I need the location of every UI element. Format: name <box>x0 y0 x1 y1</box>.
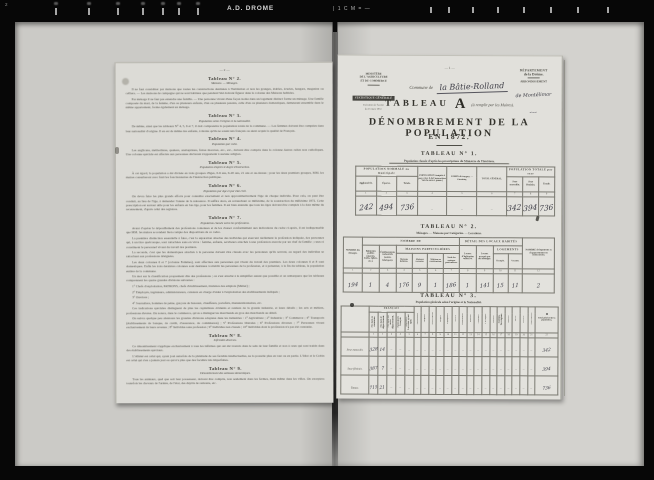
value-cell: – <box>505 337 513 356</box>
microfilm-frame: 2 A.D. DROME | 1 C M = — — 2 — Tableau N… <box>0 0 654 480</box>
handwritten-value: – <box>523 386 525 390</box>
value-cell: – <box>490 337 498 356</box>
column-header-vertical: Anglais. <box>424 314 426 322</box>
column-header-vertical: Grecs. <box>454 315 456 322</box>
value-cell: – <box>467 337 475 356</box>
value-cell: 494 <box>376 196 397 215</box>
ruler-tick <box>430 7 432 13</box>
value-cell: – <box>436 356 444 375</box>
column-header: Suédois, Norvégiens. <box>497 307 505 333</box>
value-cell: 736 <box>539 197 555 216</box>
value-cell: – <box>436 337 444 356</box>
table3: FRANÇAISAllemands.Anglais.Autrichiens.Be… <box>340 306 558 396</box>
handwritten-value: 194 <box>348 282 358 289</box>
left-page-sections: Tableau N° 2.Maisons. — Ménages.Il ne fa… <box>126 75 325 386</box>
section-subtitle: Maisons. — Ménages. <box>126 81 324 86</box>
handwritten-value: 1 <box>434 283 437 290</box>
value-cell: 342 <box>507 197 523 216</box>
handwritten-value: 394 <box>523 202 537 213</box>
handwritten-value: – <box>408 367 410 371</box>
handwritten-value: – <box>477 348 479 352</box>
value-cell: – <box>527 357 535 376</box>
table2-subtitle: Ménages. — Maisons par Catégories. — Loc… <box>337 231 561 236</box>
column-header: Nés dans la commune. <box>369 312 378 332</box>
value-cell: – <box>421 337 429 356</box>
handwritten-value: 9 <box>418 283 421 290</box>
instructions-page-body: — 2 — Tableau N° 2.Maisons. — Ménages.Il… <box>126 68 325 400</box>
handwritten-value: – <box>508 348 510 352</box>
section-paragraph: De même, ainsi que les tableaux N° 4, 5,… <box>126 124 324 133</box>
handwritten-value: – <box>447 386 449 390</box>
handwritten-value: 176 <box>399 282 409 289</box>
section-paragraph: À cet égard, la population a été divisée… <box>126 171 324 180</box>
section-paragraph: Les anglicans, méthodistes, quakers, ana… <box>126 147 324 156</box>
handwritten-value: – <box>530 348 532 352</box>
handwritten-value: – <box>491 207 493 211</box>
section-subtitle: Population par âge et par état civil. <box>126 188 324 193</box>
value-cell: – <box>512 338 520 357</box>
value-cell: – <box>520 338 528 357</box>
value-cell: – <box>421 375 429 394</box>
column-header: Maisons en construction. <box>428 253 444 268</box>
handwritten-value: 141 <box>479 282 489 289</box>
column-group-label: MAISONS PARTICULIÈRES <box>396 245 459 253</box>
table1: POPULATION NORMALE ou municipalePOPULATI… <box>355 166 555 217</box>
value-cell: – <box>396 375 405 394</box>
value-cell: – <box>444 356 452 375</box>
section-paragraph: La première distinction essentielle à fa… <box>126 236 324 249</box>
ruler-tick-label <box>116 2 120 5</box>
handwritten-value: 11 <box>512 283 519 290</box>
handwritten-value: – <box>390 385 392 389</box>
column-header-vertical: Nés dans un autre département. <box>388 313 395 329</box>
ruler-tick <box>577 7 579 13</box>
handwritten-value: – <box>485 348 487 352</box>
value-cell: – <box>474 375 482 394</box>
section-subtitle: Infirmités diverses. <box>126 338 324 343</box>
handwritten-value: – <box>432 386 434 390</box>
handwritten-value: – <box>416 386 418 390</box>
ruler-tick <box>178 8 180 15</box>
handwritten-value: – <box>454 348 456 352</box>
column-group-label: LOGEMENTS <box>493 246 523 254</box>
handwritten-value: 21 <box>380 385 386 391</box>
value-cell: – <box>477 197 507 216</box>
column-header-vertical: Nés dans le département. <box>380 313 385 329</box>
handwritten-value: – <box>508 367 510 371</box>
handwritten-value: – <box>461 207 463 211</box>
value-cell: 342 <box>535 338 558 357</box>
value-cell: 387 <box>369 356 378 375</box>
handwritten-value: – <box>530 367 532 371</box>
handwritten-value: 15 <box>497 283 504 290</box>
column-header: Total général de la population. <box>535 307 558 333</box>
value-cell: – <box>489 356 497 375</box>
column-header-vertical: Allemands. <box>416 313 418 325</box>
handwritten-value: – <box>439 348 441 352</box>
column-header: Hollandais. <box>459 307 467 333</box>
handwritten-value: – <box>390 347 392 351</box>
value-cell: – <box>413 375 421 394</box>
column-header-vertical: Hollandais. <box>462 313 464 325</box>
value-cell: 11 <box>508 274 523 293</box>
value-cell: 715 <box>369 375 378 394</box>
column-header: Espagnols. <box>444 306 452 332</box>
column-header-vertical: Polonais. <box>477 314 479 323</box>
filmstrip-bottom-bar <box>0 466 654 480</box>
row-label: Sexe masculin. <box>341 337 369 356</box>
column-header: Locaux occupés par des ménages. <box>476 246 493 269</box>
handwritten-value: 242 <box>359 202 373 213</box>
handwritten-value: – <box>432 348 434 352</box>
ruler-tick <box>162 8 164 15</box>
column-header-vertical: Suédois, Norvégiens. <box>499 311 504 327</box>
handwritten-value: – <box>408 348 410 352</box>
ruler-tick <box>448 7 450 13</box>
column-header: Grecs. <box>452 307 460 333</box>
section-subtitle: Population d'après le degré d'instructio… <box>126 165 324 170</box>
value-cell: 1 <box>428 273 444 292</box>
value-cell: 194 <box>343 273 362 292</box>
row-label: Sexe féminin. <box>341 356 369 375</box>
column-header: Nés dans un autre département. <box>387 312 396 332</box>
archive-label: A.D. DROME <box>227 5 274 12</box>
handwritten-value: – <box>462 348 464 352</box>
column-header: Vacants. <box>508 254 523 269</box>
column-header: Naturalisés français. <box>396 312 405 332</box>
ruler-scale-label: | 1 C M = — <box>333 6 371 12</box>
value-cell: – <box>387 356 396 375</box>
ink-speck <box>546 313 548 315</box>
value-cell: – <box>447 196 477 215</box>
column-header-vertical: Nés dans la commune. <box>371 313 376 329</box>
value-cell: 7 <box>378 356 387 375</box>
ruler-tick <box>472 7 474 13</box>
section-paragraph: 4° Journaliers, hommes de peine, garçons… <box>126 301 324 306</box>
value-cell: – <box>417 196 447 215</box>
column-header-vertical: Espagnols. <box>447 313 449 324</box>
handwritten-value: 342 <box>542 348 550 354</box>
instructions-page: — 2 — Tableau N° 2.Maisons. — Ménages.Il… <box>115 62 334 404</box>
value-cell: – <box>474 337 482 356</box>
row-label-text: Sexe féminin. <box>348 367 363 370</box>
filmstrip-top-bar: 2 A.D. DROME | 1 C M = — <box>0 0 654 22</box>
handwritten-value: – <box>447 367 449 371</box>
section-paragraph: 2° Employés, ingénieurs, administrateurs… <box>126 289 324 294</box>
handwritten-value: 7 <box>381 366 384 371</box>
value-cell: – <box>497 356 505 375</box>
column-header: Turcs. <box>512 307 520 333</box>
handwritten-value: – <box>408 386 410 390</box>
filmstrip-left-edge <box>0 22 15 466</box>
ruler-tick-label <box>54 2 58 5</box>
value-cell: 141 <box>476 274 493 293</box>
handwritten-value: 328 <box>370 347 378 353</box>
column-header: Totale. <box>539 177 555 192</box>
column-header: Occupés. <box>493 254 508 269</box>
table3-heading: TABLEAU N° 3. <box>337 293 561 300</box>
value-cell: – <box>459 375 467 394</box>
ruler-tick <box>55 8 57 15</box>
value-cell: – <box>505 356 513 375</box>
section-paragraph: 1° Chefs d'exploitation, PATRONS, chefs … <box>126 284 324 289</box>
handwritten-value: 715 <box>370 385 378 391</box>
divider <box>368 84 380 85</box>
value-cell: – <box>429 375 437 394</box>
row-label-column-header <box>341 306 369 332</box>
handwritten-value: – <box>462 386 464 390</box>
tableau-word: TABLEAU <box>385 98 449 108</box>
handwritten-value: – <box>469 386 471 390</box>
handwritten-value: 736 <box>400 202 414 213</box>
handwritten-value: – <box>399 386 401 390</box>
commune-printed-label: Commune de <box>409 85 433 90</box>
column-header-vertical: Alsaciens-Lorrains ayant opté. <box>406 313 413 329</box>
ruler-tick <box>523 7 525 13</box>
handwritten-value: 1 <box>466 283 469 290</box>
value-cell: – <box>405 337 414 356</box>
section-paragraph: 3° Ouvriers ; <box>126 295 324 300</box>
value-cell: 4 <box>379 273 396 292</box>
value-cell: – <box>489 375 497 394</box>
handwritten-value: – <box>417 348 419 352</box>
handwritten-value: 736 <box>542 386 550 392</box>
column-header: Agglomérée. <box>356 176 377 191</box>
handwritten-value: 387 <box>370 366 378 372</box>
ruler-tick-label <box>161 2 165 5</box>
section-paragraph: La seconde, c'est que les domestiques at… <box>126 250 324 259</box>
handwritten-value: – <box>439 386 441 390</box>
section-paragraph: Ces indications spéciales distinguent de… <box>126 306 324 315</box>
section-paragraph: Les deux colonnes 6 et 7 (colonne Femmes… <box>126 260 324 273</box>
column-header-vertical: Suisses. <box>507 315 509 323</box>
handwritten-value: – <box>454 386 456 390</box>
table3-subtitle: Population générale selon l'origine et l… <box>337 300 561 305</box>
column-header: Autrichiens. <box>429 306 437 332</box>
column-group-label: POPULATION NORMALE ou municipale <box>356 166 418 176</box>
value-cell: 2 <box>522 274 554 293</box>
value-cell: 394 <box>535 357 558 376</box>
value-cell: – <box>527 338 535 357</box>
handwritten-value: – <box>492 348 494 352</box>
value-cell: – <box>444 337 452 356</box>
value-cell: 736 <box>535 376 558 395</box>
column-header-vertical: Turcs. <box>515 316 517 322</box>
section-subtitle: Population classée selon les professions… <box>126 220 324 225</box>
table2-heading: TABLEAU N° 2. <box>337 224 561 231</box>
column-header-vertical: Autrichiens. <box>432 312 434 325</box>
value-cell: 21 <box>378 375 387 394</box>
value-cell: – <box>387 337 396 356</box>
handwritten-value: 1 <box>369 282 372 289</box>
handwritten-value: – <box>416 367 418 371</box>
column-header-vertical: Divers. <box>523 315 525 322</box>
handwritten-value: – <box>523 348 525 352</box>
column-header: Belges. <box>436 306 444 332</box>
value-cell: – <box>482 375 490 394</box>
column-header: Portugais. <box>482 307 490 333</box>
value-cell: 15 <box>493 274 508 293</box>
value-cell: – <box>421 356 429 375</box>
handwritten-value: – <box>515 367 517 371</box>
column-header: NOMBRE de logements et d'appartements en… <box>523 238 555 269</box>
handwritten-value: – <box>439 367 441 371</box>
handwritten-value: – <box>424 367 426 371</box>
table3-wrap: FRANÇAISAllemands.Anglais.Autrichiens.Be… <box>340 306 558 396</box>
ruler-tick <box>88 8 90 15</box>
handwritten-value: – <box>492 386 494 390</box>
column-header: Total des maisons particulières. <box>443 253 459 268</box>
value-cell: – <box>520 376 528 395</box>
column-header: Alsaciens-Lorrains ayant opté. <box>405 312 414 332</box>
handwritten-value: – <box>500 348 502 352</box>
handwritten-value: – <box>454 367 456 371</box>
section-paragraph: Ce dénombrement s'applique exclusivement… <box>126 344 324 353</box>
value-cell: – <box>452 337 460 356</box>
section-paragraph: On devra faire les plus grands efforts p… <box>126 194 324 212</box>
column-header: Italiens. <box>467 307 475 333</box>
table1-heading: TABLEAU N° 1. <box>337 151 561 158</box>
value-cell: – <box>429 337 437 356</box>
value-cell: – <box>414 356 422 375</box>
filmstrip-right-edge <box>644 22 654 466</box>
ruler-tick-label <box>141 2 145 5</box>
column-header: Locaux d'habitation collective. <box>459 246 476 269</box>
frame-index-label: 2 <box>5 2 8 7</box>
column-header: Éparse. <box>376 176 397 191</box>
value-cell: 9 <box>412 273 428 292</box>
handwritten-value: 186 <box>446 282 456 289</box>
ruler-tick <box>497 7 499 13</box>
column-header: Maisons habitées. <box>396 253 412 268</box>
underpage-edge <box>564 60 565 396</box>
value-cell: 242 <box>356 196 377 215</box>
value-cell: 736 <box>397 196 418 215</box>
value-cell: 1 <box>459 274 476 293</box>
value-cell: 176 <box>396 273 412 292</box>
handwritten-value: – <box>390 366 392 370</box>
handwritten-value: – <box>523 367 525 371</box>
value-cell: 394 <box>523 197 539 216</box>
ruler-tick <box>550 7 552 13</box>
handwritten-value: 394 <box>542 367 550 373</box>
handwritten-value: 494 <box>379 202 393 213</box>
column-header-vertical: Belges. <box>439 315 441 322</box>
value-cell: – <box>459 356 467 375</box>
section-subtitle: Population par culte. <box>126 142 324 147</box>
section-paragraph: Par ménage il ne faut pas entendre une f… <box>126 96 324 109</box>
value-cell: – <box>467 356 475 375</box>
stain <box>122 78 129 85</box>
column-header: Polonais. <box>474 307 482 333</box>
table2: NOMBRE des ménages.NOMBRE DEDÉTAIL DES L… <box>343 237 555 294</box>
stain <box>115 147 119 154</box>
handwritten-value: – <box>515 348 517 352</box>
section-paragraph: Il ne faut considérer par maisons que to… <box>126 87 324 96</box>
value-cell: – <box>459 337 467 356</box>
column-header: NOMBRE des ménages. <box>343 237 362 268</box>
handwritten-value: – <box>500 386 502 390</box>
column-header-vertical: Portugais. <box>485 313 487 323</box>
value-cell: – <box>474 356 482 375</box>
value-cell: 1 <box>362 273 379 292</box>
ruler-tick-label <box>196 2 200 5</box>
table1-wrap: POPULATION NORMALE ou municipalePOPULATI… <box>355 166 555 217</box>
value-cell: – <box>482 337 490 356</box>
column-header: Établissements industriels (usines, fabr… <box>379 245 396 268</box>
ruler-tick <box>197 8 199 15</box>
section-paragraph: Avant d'opérer le dépouillement des prof… <box>126 226 324 235</box>
handwritten-value: – <box>432 367 434 371</box>
page-number: — 2 — <box>126 68 324 73</box>
binding-notch <box>333 22 337 32</box>
value-cell: – <box>451 375 459 394</box>
commune-line: Commune de la Bâtie-Rolland <box>400 76 518 95</box>
column-header: Suisses. <box>505 307 513 333</box>
ministry-line: ET DU COMMERCE <box>344 80 404 84</box>
column-header-vertical: Non classés. <box>530 313 532 325</box>
value-cell: – <box>405 356 414 375</box>
handwritten-value: – <box>399 367 401 371</box>
column-header: Sexe féminin. <box>523 177 539 192</box>
value-cell: 14 <box>378 337 387 356</box>
handwritten-value: – <box>500 367 502 371</box>
value-cell: – <box>497 375 505 394</box>
value-cell: – <box>405 375 414 394</box>
value-cell: – <box>497 337 505 356</box>
value-cell: – <box>520 357 528 376</box>
value-cell: – <box>396 337 405 356</box>
ruler-tick-label <box>87 2 91 5</box>
value-cell: – <box>512 376 520 395</box>
column-group-label: DÉTAIL DES LOCAUX HABITÉS <box>459 238 522 246</box>
value-cell: 186 <box>443 273 459 292</box>
handwritten-value: – <box>477 386 479 390</box>
handwritten-value: 4 <box>386 282 389 289</box>
handwritten-value: – <box>470 367 472 371</box>
department-value: de la Drôme. <box>510 72 558 76</box>
column-header-vertical: Italiens. <box>469 315 471 323</box>
value-cell: – <box>387 375 396 394</box>
row-label: Totaux. <box>341 375 369 394</box>
column-header: Non classés. <box>528 307 536 333</box>
value-cell: – <box>444 375 452 394</box>
handwritten-value: – <box>530 386 532 390</box>
handwritten-value: 736 <box>539 203 553 214</box>
handwritten-value: – <box>507 386 509 390</box>
section-paragraph: L'Aliéné est celui qui, ayant joui autre… <box>126 353 324 362</box>
column-header: Bâtiments publics (mairies, écoles, égli… <box>362 245 379 268</box>
column-header: Nés dans le département. <box>378 312 387 332</box>
column-header: Allemands. <box>414 306 422 332</box>
section-paragraph: Un mot sur la classification proprement … <box>126 274 324 283</box>
section-subtitle: Dénombrement des animaux domestiques. <box>126 371 324 376</box>
handwritten-value: 14 <box>380 347 386 353</box>
column-header: Russes. <box>490 307 498 333</box>
ruler-tick <box>117 8 119 15</box>
handwritten-value: – <box>492 367 494 371</box>
rule <box>389 163 509 164</box>
section-subtitle: Population selon l'origine et la nationa… <box>126 118 324 123</box>
value-cell: 328 <box>369 337 378 356</box>
table2-wrap: NOMBRE des ménages.NOMBRE DEDÉTAIL DES L… <box>343 237 555 294</box>
handwritten-value: – <box>424 386 426 390</box>
handwritten-value: – <box>515 386 517 390</box>
handwritten-value: – <box>485 367 487 371</box>
handwritten-value: – <box>477 367 479 371</box>
column-header: Sexe masculin. <box>507 177 523 192</box>
value-cell: – <box>482 356 490 375</box>
